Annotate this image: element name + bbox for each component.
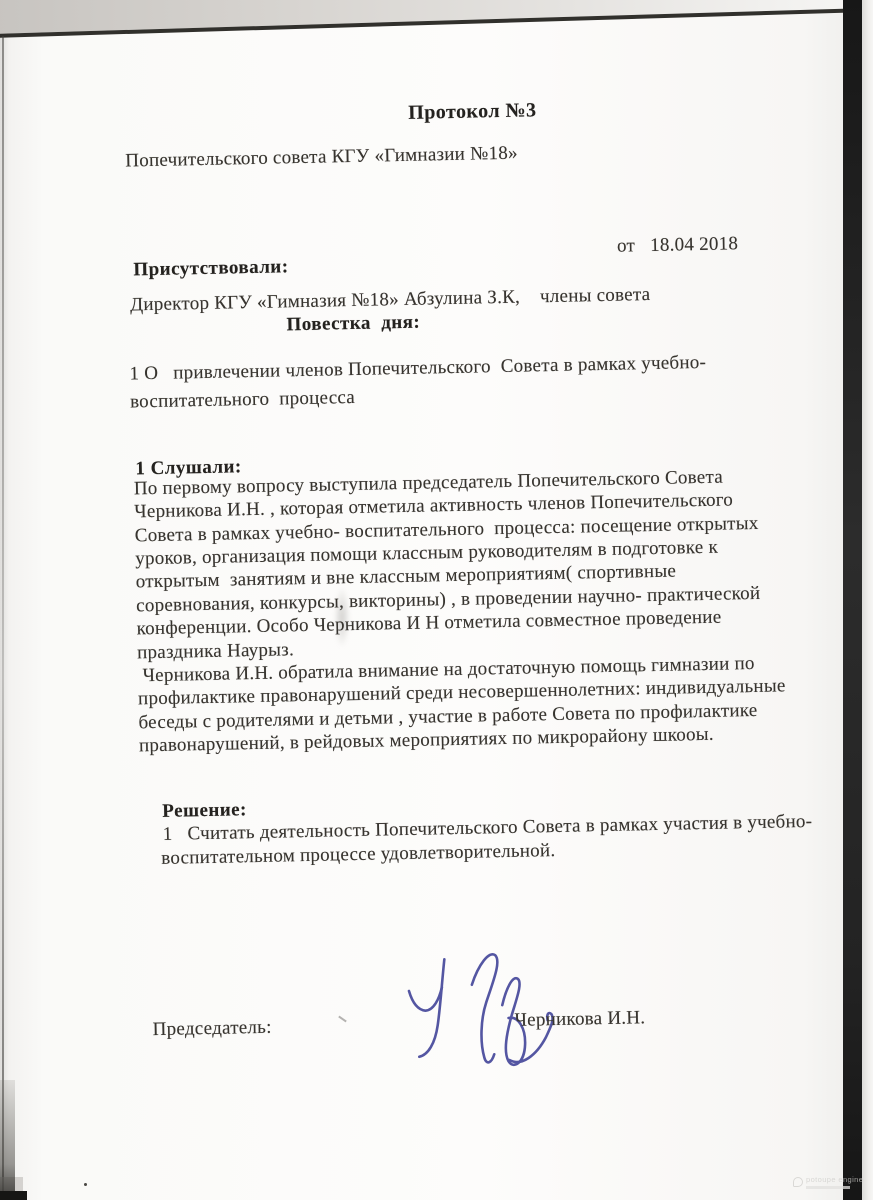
- chairman-name: Черникова И.Н.: [514, 1007, 645, 1032]
- watermark-text: potoupe engine: [806, 1176, 863, 1189]
- heard-line: праздника Наурыз.: [137, 639, 294, 664]
- present-label: Присутствовали:: [133, 256, 288, 281]
- watermark-logo-icon: [793, 1177, 803, 1187]
- document-title: Протокол №3: [122, 94, 822, 131]
- agenda-line: 1 О привлечении членов Попечительского С…: [129, 352, 706, 386]
- scan-bottom-left-strip: [0, 1080, 15, 1200]
- chairman-label: Председатель:: [152, 1017, 271, 1041]
- agenda-label: Повестка дня:: [286, 312, 420, 337]
- watermark-subline: [806, 1186, 850, 1189]
- decision-label: Решение:: [162, 799, 247, 823]
- document-date: от 18.04 2018: [617, 233, 738, 257]
- watermark: potoupe engine: [793, 1176, 869, 1189]
- document-body: Протокол №3 Попечительского совета КГУ «…: [0, 0, 873, 1200]
- document-subtitle: Попечительского совета КГУ «Гимназии №18…: [125, 143, 518, 173]
- watermark-brand: potoupe engine: [806, 1176, 863, 1184]
- agenda-line: воспитательного процесса: [130, 387, 355, 414]
- scanned-protocol-page: { "doc": { "title": "Протокол №3", "subt…: [0, 0, 873, 1200]
